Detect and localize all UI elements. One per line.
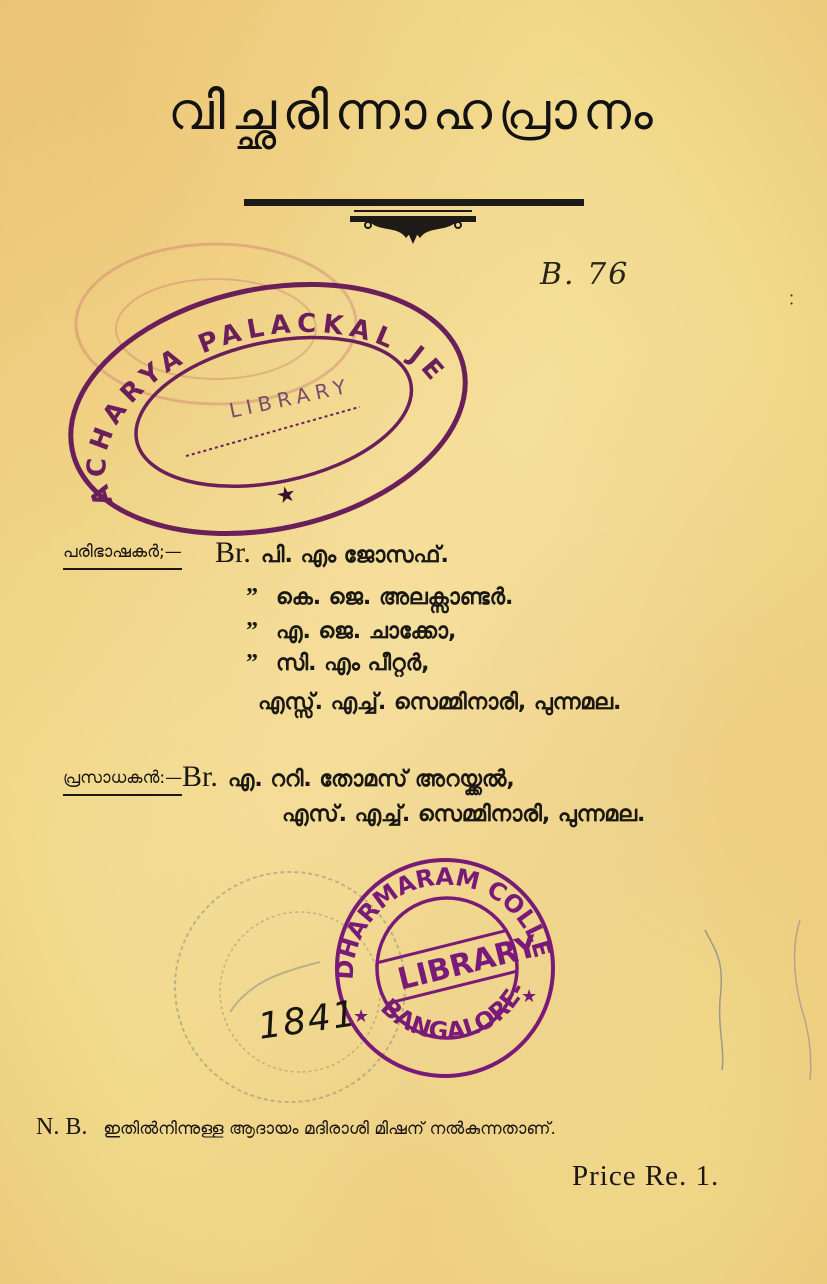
translators-affiliation: എസ്സ്. എച്ച്. സെമ്മിനാരി, പുന്നമല. [258, 690, 621, 715]
svg-text:LIBRARY: LIBRARY [227, 373, 354, 422]
ink-dots: ·· [789, 292, 794, 308]
book-title: വിച്ഛരിന്നാഹപ്രാനം [0, 82, 827, 143]
title-rule [244, 199, 584, 206]
translator-3: ”എ. ജെ. ചാക്കോ, [246, 618, 456, 645]
note-line: N. B.ഇതിൽനിന്നുള്ള ആദായം മദിരാശി മിഷന് ന… [36, 1114, 556, 1141]
translator-4: ”സി. എം പീറ്റർ, [246, 650, 429, 677]
publisher-name: Br.എ. ററി. തോമസ് അറയ്ക്കൽ, [182, 760, 515, 794]
translators-label: പരിഭാഷകർ;— [63, 542, 182, 562]
pencil-marks [700, 920, 820, 1080]
svg-text:★: ★ [521, 986, 537, 1007]
shelf-mark: B. 76 [540, 257, 629, 292]
svg-text:★: ★ [274, 481, 299, 510]
price: Price Re. 1. [572, 1160, 719, 1193]
translator-1: Br.പി. എം ജോസഫ്. [215, 536, 449, 570]
library-stamp-oval: ACHARYA PALACKAL JEEVAS KENDRAM LIBRARY … [58, 268, 478, 550]
ornament-icon [350, 210, 476, 246]
library-stamp-round: LIBRARY DHARMARAM COLLEGE BANGALORE-29 ★… [325, 850, 565, 1080]
translator-2: ”കെ. ജെ. അലക്സാണ്ടർ. [246, 584, 513, 611]
publisher-affiliation: എസ്. എച്ച്. സെമ്മിനാരി, പുന്നമല. [282, 802, 645, 827]
publisher-label: പ്രസാധകൻ:— [63, 768, 182, 788]
